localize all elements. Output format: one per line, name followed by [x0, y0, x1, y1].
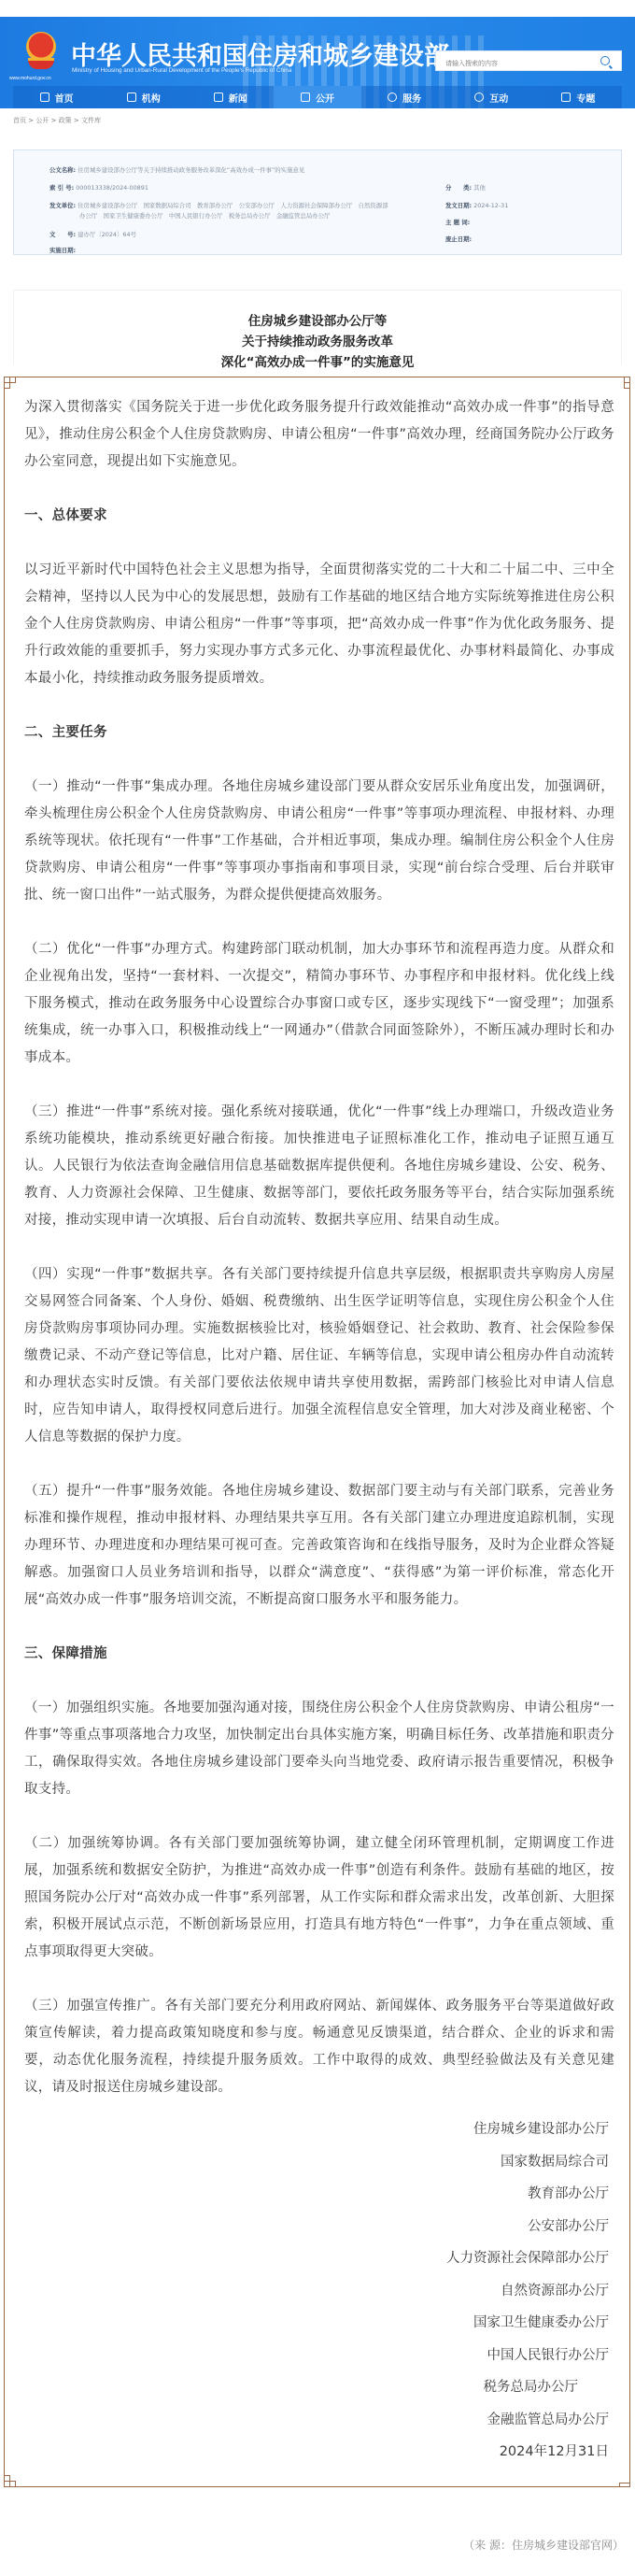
meta-expiry: 废止日期:	[445, 235, 472, 245]
meta-docno-value: 建办厅〔2024〕64号	[78, 231, 136, 238]
meta-title: 公文名称: 住房城乡建设部办公厅等关于持续推动政务服务改革深化“高效办成一件事”…	[49, 165, 304, 176]
breadcrumb-policy[interactable]: 政策	[59, 117, 72, 124]
nav-item-public[interactable]: 公开	[274, 86, 360, 108]
meta-title-value: 住房城乡建设部办公厅等关于持续推动政务服务改革深化“高效办成一件事”的实施意见	[78, 166, 304, 174]
star-box-icon	[561, 93, 571, 102]
document-icon	[301, 93, 310, 102]
signatory: 住房城乡建设部办公厅	[446, 2113, 609, 2146]
breadcrumb-separator: >	[28, 117, 34, 124]
meta-category: 分 类: 其他	[445, 183, 486, 193]
meta-keywords: 主 题 词:	[445, 218, 470, 228]
meta-expiry-label: 废止日期:	[445, 235, 472, 243]
paragraph: （二）加强统筹协调。各有关部门要加强统筹协调，建立健全闭环管理机制，定期调度工作…	[24, 1830, 614, 1966]
signatory: 国家数据局综合司	[446, 2146, 609, 2179]
nav-item-topics[interactable]: 专题	[535, 86, 622, 108]
paragraph: （三）加强宣传推广。各有关部门要充分利用政府网站、新闻媒体、政务服务平台等渠道做…	[24, 1993, 614, 2101]
building-icon	[127, 93, 136, 102]
nav-item-label: 新闻	[229, 91, 247, 105]
search-input[interactable]	[436, 55, 595, 74]
signatory: 金融监管总局办公厅	[446, 2404, 609, 2437]
paragraph: （二）优化“一件事”办理方式。构建跨部门联动机制，加大办事环节和流程再造力度。从…	[24, 936, 614, 1072]
meta-effective-label: 实施日期:	[49, 247, 76, 254]
search-icon[interactable]	[600, 56, 610, 65]
meta-date: 发文日期: 2024-12-31	[445, 201, 508, 211]
nav-item-label: 公开	[316, 91, 334, 105]
meta-index-label: 索 引 号:	[49, 184, 74, 192]
nav-item-interact[interactable]: 互动	[448, 86, 535, 108]
nav-item-service[interactable]: 服务	[361, 86, 448, 108]
home-icon	[40, 93, 49, 102]
paragraph: 以习近平新时代中国特色社会主义思想为指导，全面贯彻落实党的二十大和二十届二中、三…	[24, 557, 614, 692]
document-meta-box: 公文名称: 住房城乡建设部办公厅等关于持续推动政务服务改革深化“高效办成一件事”…	[13, 149, 622, 255]
frame-corner-ornament	[617, 2474, 630, 2487]
signatory: 国家卫生健康委办公厅	[446, 2307, 609, 2340]
nav-item-label: 互动	[489, 91, 508, 105]
meta-index: 索 引 号: 000013338/2024-00891	[49, 183, 148, 193]
breadcrumb-separator: >	[51, 117, 57, 124]
nav-item-news[interactable]: 新闻	[187, 86, 274, 108]
intro-paragraph: 为深入贯彻落实《国务院关于进一步优化政务服务提升行政效能推动“高效办成一件事”的…	[24, 394, 614, 476]
meta-keywords-label: 主 题 词:	[445, 219, 470, 226]
signature-block: 住房城乡建设部办公厅 国家数据局综合司 教育部办公厅 公安部办公厅 人力资源社会…	[446, 2113, 609, 2469]
paragraph: （四）实现“一件事”数据共享。各有关部门要持续提升信息共享层级，根据职责共享购房…	[24, 1261, 614, 1451]
user-service-icon	[388, 93, 397, 102]
meta-category-label: 分 类:	[445, 184, 472, 192]
breadcrumb: 首页 > 公开 > 政策 > 文件库	[13, 116, 101, 125]
meta-issuer-value-line2: 办公厅 国家卫生健康委办公厅 中国人民银行办公厅 税务总局办公厅 金融监管总局办…	[49, 212, 330, 220]
meta-issuer: 发文单位: 住房城乡建设部办公厅 国家数据局综合司 教育部办公厅 公安部办公厅 …	[49, 201, 451, 221]
meta-category-value: 其他	[473, 184, 486, 192]
signatory: 税务总局办公厅	[446, 2371, 609, 2404]
breadcrumb-library[interactable]: 文件库	[81, 117, 101, 124]
meta-docno: 文 号: 建办厅〔2024〕64号	[49, 230, 136, 240]
section-heading: 二、主要任务	[24, 719, 614, 747]
section-heading: 三、保障措施	[24, 1641, 614, 1668]
meta-effective: 实施日期:	[49, 246, 76, 256]
paragraph: （一）加强组织实施。各地要加强沟通对接，围绕住房公积金个人住房贷款购房、申请公租…	[24, 1695, 614, 1803]
site-url: www.mohurd.gov.cn	[9, 76, 51, 81]
section-heading: 一、总体要求	[24, 503, 614, 530]
meta-title-label: 公文名称:	[49, 166, 76, 174]
signatory: 人力资源社会保障部办公厅	[446, 2242, 609, 2275]
national-emblem-icon[interactable]	[22, 32, 60, 73]
frame-corner-ornament	[617, 377, 630, 390]
signatory: 中国人民银行办公厅	[446, 2340, 609, 2372]
meta-date-label: 发文日期:	[445, 202, 472, 209]
meta-issuer-label: 发文单位:	[49, 202, 76, 209]
nav-item-home[interactable]: 首页	[13, 86, 100, 108]
main-nav: 首页 机构 新闻 公开 服务 互动 专题	[13, 86, 622, 108]
paragraph: （一）推动“一件事”集成办理。各地住房城乡建设部门要从群众安居乐业角度出发，加强…	[24, 774, 614, 909]
site-subtitle: Ministry of Housing and Urban-Rural Deve…	[72, 67, 291, 74]
breadcrumb-public[interactable]: 公开	[35, 117, 49, 124]
paragraph: （五）提升“一件事”服务效能。各地住房城乡建设、数据部门要主动与有关部门联系，完…	[24, 1478, 614, 1614]
breadcrumb-separator: >	[74, 117, 79, 124]
interact-icon	[474, 93, 484, 102]
meta-docno-label: 文 号:	[49, 231, 76, 238]
meta-issuer-value-line1: 住房城乡建设部办公厅 国家数据局综合司 教育部办公厅 公安部办公厅 人力资源社会…	[78, 202, 388, 209]
sign-date: 2024年12月31日	[446, 2436, 609, 2469]
document-title-line3: 深化“高效办成一件事”的实施意见	[14, 352, 621, 373]
paragraph: （三）推进“一件事”系统对接。强化系统对接联通，优化“一件事”线上办理端口，升级…	[24, 1099, 614, 1234]
search-box[interactable]	[435, 50, 622, 71]
document-title-line2: 关于持续推动政务服务改革	[14, 332, 621, 352]
breadcrumb-home[interactable]: 首页	[13, 117, 26, 124]
nav-item-label: 机构	[142, 91, 161, 105]
signatory: 公安部办公厅	[446, 2211, 609, 2243]
document-title-card: 住房城乡建设部办公厅等 关于持续推动政务服务改革 深化“高效办成一件事”的实施意…	[13, 290, 622, 364]
nav-item-label: 首页	[55, 91, 74, 105]
document-title-line1: 住房城乡建设部办公厅等	[14, 311, 621, 332]
nav-item-label: 专题	[576, 91, 595, 105]
article-body: 为深入贯彻落实《国务院关于进一步优化政务服务提升行政效能推动“高效办成一件事”的…	[24, 394, 614, 2128]
frame-corner-ornament	[4, 377, 17, 390]
frame-corner-ornament	[4, 2474, 17, 2487]
news-icon	[214, 93, 223, 102]
source-note: （来 源：住房城乡建设部官网）	[463, 2537, 624, 2553]
signatory: 教育部办公厅	[446, 2178, 609, 2211]
signatory: 自然资源部办公厅	[446, 2275, 609, 2308]
meta-date-value: 2024-12-31	[473, 202, 508, 209]
nav-item-label: 服务	[402, 91, 421, 105]
article-frame: 为深入贯彻落实《国务院关于进一步优化政务服务提升行政效能推动“高效办成一件事”的…	[4, 377, 630, 2487]
nav-item-organization[interactable]: 机构	[100, 86, 187, 108]
meta-index-value: 000013338/2024-00891	[76, 184, 148, 192]
